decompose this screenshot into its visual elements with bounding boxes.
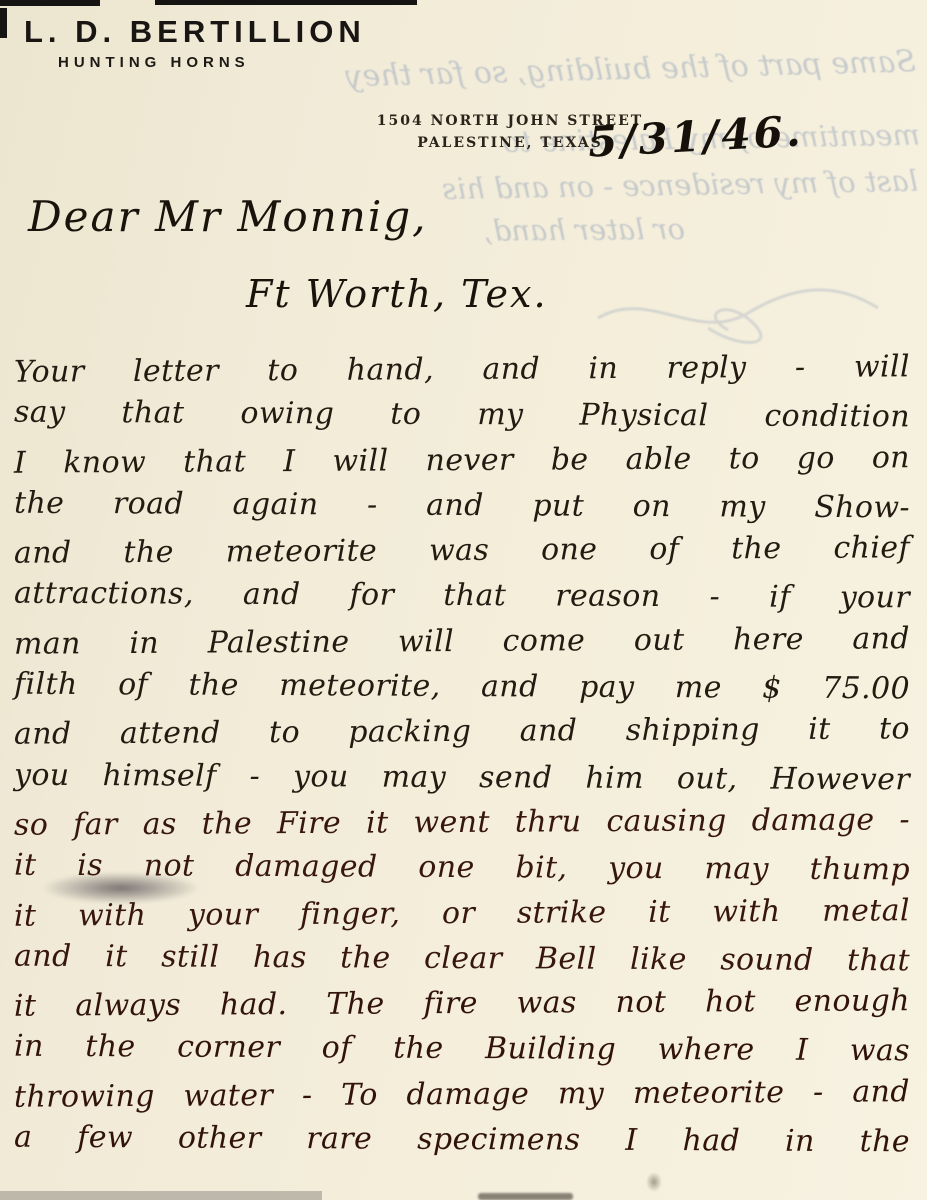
salutation: Dear Mr Monnig, (28, 192, 428, 241)
letter-body: Your letter to hand, and in reply - will… (14, 352, 910, 1167)
handwritten-line: a few other rare specimens I had in the (14, 1120, 910, 1170)
handwritten-line: it always had. The fire was not hot enou… (14, 983, 910, 1034)
handwritten-line: so far as the Fire it went thru causing … (14, 802, 910, 853)
recipient-place-line: Ft Worth, Tex. (246, 272, 548, 316)
scan-edge-artifact (0, 8, 7, 38)
handwritten-line: attractions, and for that reason - if yo… (14, 576, 910, 626)
bleedthrough-line: or later hand, (430, 212, 685, 248)
handwritten-line: the road again - and put on my Show- (14, 486, 910, 536)
handwritten-line: and attend to packing and shipping it to (14, 712, 910, 763)
handwritten-line: it is not damaged one bit, you may thump (14, 848, 910, 898)
letterhead-subtitle: HUNTING HORNS (58, 54, 250, 71)
handwritten-date: 5/31/46. (587, 106, 805, 166)
handwritten-line: I know that I will never be able to go o… (14, 440, 910, 491)
scan-edge-artifact (0, 0, 100, 6)
handwritten-line: throwing water - To damage my meteorite … (14, 1074, 910, 1125)
handwritten-line: Your letter to hand, and in reply - will (14, 349, 910, 400)
handwritten-line: filth of the meteorite, and pay me $ 75.… (14, 667, 910, 717)
bleedthrough-line: Same part of the building, so far they (330, 44, 917, 94)
handwritten-line: in the corner of the Building where I wa… (14, 1029, 910, 1079)
scan-edge-artifact (0, 1191, 322, 1200)
bleedthrough-line: last of my residence - on and his (428, 164, 919, 207)
handwritten-line: and it still has the clear Bell like sou… (14, 939, 910, 989)
handwritten-line: and the meteorite was one of the chief (14, 530, 910, 581)
handwritten-line: you himself - you may send him out, Howe… (14, 757, 910, 807)
scanned-letter-page: Same part of the building, so far they m… (0, 0, 927, 1200)
scan-edge-artifact (155, 0, 417, 5)
handwritten-line: say that owing to my Physical condition (14, 395, 910, 445)
handwritten-line: it with your finger, or strike it with m… (14, 893, 910, 944)
bleedthrough-signature-flourish (588, 268, 888, 356)
scan-speck (646, 1172, 662, 1192)
handwritten-line: man in Palestine will come out here and (14, 621, 910, 672)
scan-smudge (478, 1193, 573, 1200)
letterhead-company-name: L. D. BERTILLION (24, 14, 366, 50)
